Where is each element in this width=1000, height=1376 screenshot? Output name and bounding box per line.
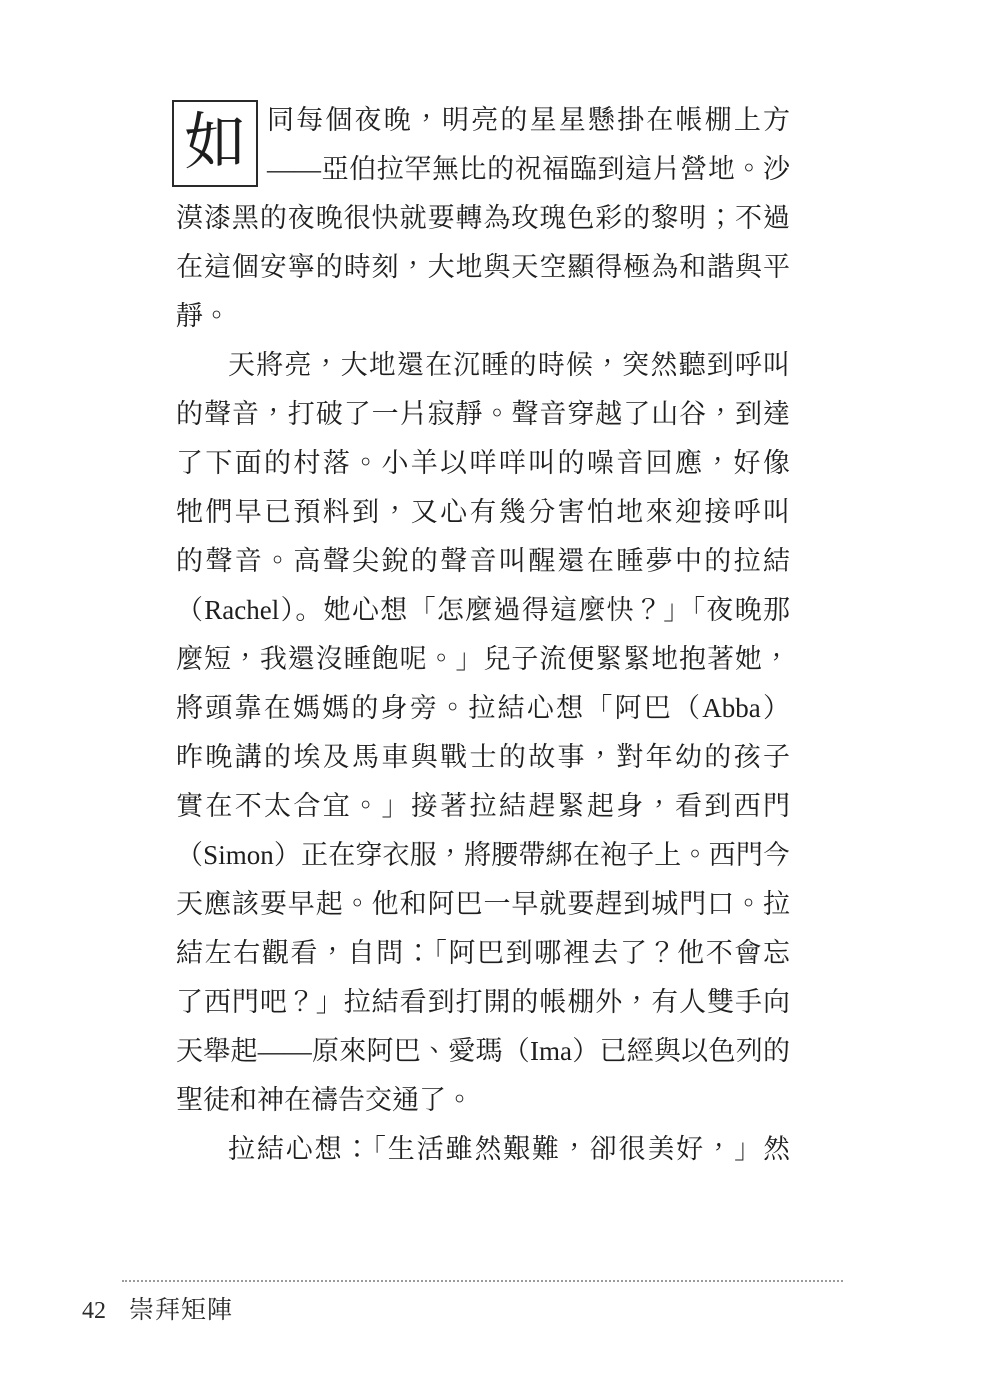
text-line: 昨晚講的埃及馬車與戰士的故事，對年幼的孩子 (176, 733, 790, 782)
text-line: 漠漆黑的夜晚很快就要轉為玫瑰色彩的黎明；不過 (176, 194, 790, 243)
text-line: 了下面的村落。小羊以咩咩叫的噪音回應，好像 (176, 439, 790, 488)
text-line: 天將亮，大地還在沉睡的時候，突然聽到呼叫 (176, 341, 790, 390)
footer-divider (122, 1280, 843, 1282)
text-line: 牠們早已預料到，又心有幾分害怕地來迎接呼叫 (176, 488, 790, 537)
text-line: （Simon）正在穿衣服，將腰帶綁在袍子上。西門今 (176, 831, 790, 880)
text-line: 了西門吧？」拉結看到打開的帳棚外，有人雙手向 (176, 978, 790, 1027)
text-line: 拉結心想：「生活雖然艱難，卻很美好，」然 (176, 1125, 790, 1174)
text-line: 天應該要早起。他和阿巴一早就要趕到城門口。拉 (176, 880, 790, 929)
text-line: 的聲音，打破了一片寂靜。聲音穿越了山谷，到達 (176, 390, 790, 439)
text-line: （Rachel）。她心想「怎麼過得這麼快？」「夜晚那 (176, 586, 790, 635)
text-line: 將頭靠在媽媽的身旁。拉結心想「阿巴（Abba） (176, 684, 790, 733)
text-line: 靜。 (176, 292, 790, 341)
text-line: 麼短，我還沒睡飽呢。」兒子流便緊緊地抱著她， (176, 635, 790, 684)
text-line: 實在不太合宜。」接著拉結趕緊起身，看到西門 (176, 782, 790, 831)
text-line: 的聲音。高聲尖銳的聲音叫醒還在睡夢中的拉結 (176, 537, 790, 586)
text-line: 結左右觀看，自問：「阿巴到哪裡去了？他不會忘 (176, 929, 790, 978)
running-title: 崇拜矩陣 (129, 1290, 233, 1326)
book-page: 如 同每個夜晚，明亮的星星懸掛在帳棚上方 ——亞伯拉罕無比的祝福臨到這片營地。沙… (0, 0, 1000, 1376)
text-line: 聖徒和神在禱告交通了。 (176, 1076, 790, 1125)
text-line: 天舉起——原來阿巴、愛瑪（Ima）已經與以色列的 (176, 1027, 790, 1076)
text-line: 在這個安寧的時刻，大地與天空顯得極為和諧與平 (176, 243, 790, 292)
text-line: 同每個夜晚，明亮的星星懸掛在帳棚上方 (176, 96, 790, 145)
page-footer: 42 崇拜矩陣 (82, 1290, 233, 1326)
text-line: ——亞伯拉罕無比的祝福臨到這片營地。沙 (176, 145, 790, 194)
page-body-text: 同每個夜晚，明亮的星星懸掛在帳棚上方 ——亞伯拉罕無比的祝福臨到這片營地。沙 漠… (176, 96, 790, 1174)
page-number: 42 (82, 1298, 106, 1325)
